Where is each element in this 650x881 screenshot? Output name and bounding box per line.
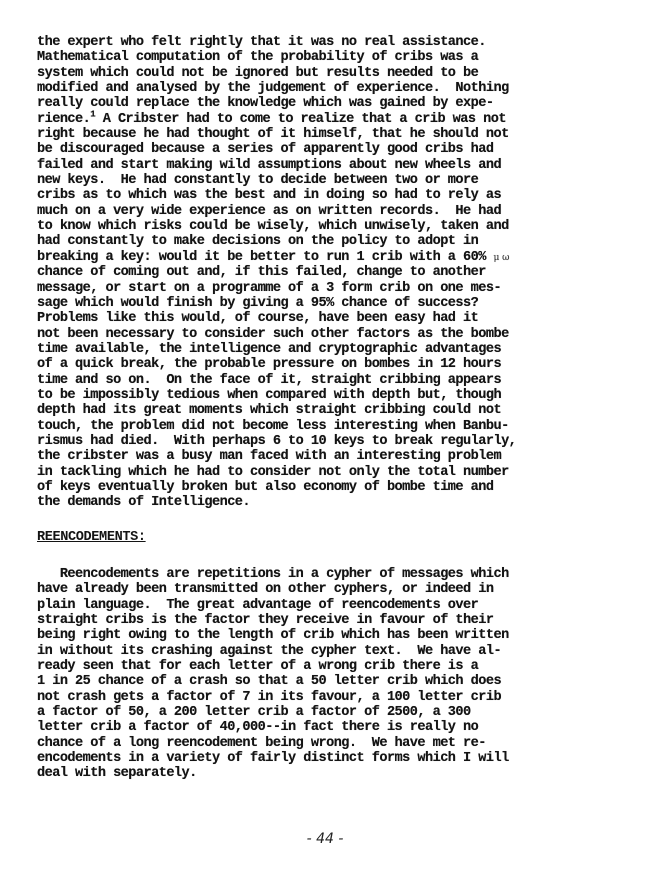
text-line: have already been transmitted on other c… — [37, 582, 647, 597]
text-line: plain language. The great advantage of r… — [37, 598, 647, 613]
text-line: rismus had died. With perhaps 6 to 10 ke… — [37, 434, 647, 449]
text-line: chance of a long reencodement being wron… — [37, 736, 647, 751]
text-line: straight cribs is the factor they receiv… — [37, 613, 647, 628]
text-line: encodements in a variety of fairly disti… — [37, 751, 647, 766]
text-line: message, or start on a programme of a 3 … — [37, 281, 647, 296]
text-line: 1 in 25 chance of a crash so that a 50 l… — [37, 674, 647, 689]
text-line: the cribster was a busy man faced with a… — [37, 449, 647, 464]
text-line: letter crib a factor of 40,000--in fact … — [37, 720, 647, 735]
text-line: sage which would finish by giving a 95% … — [37, 296, 647, 311]
text-line: Problems like this would, of course, hav… — [37, 311, 647, 326]
text-line: breaking a key: would it be better to ru… — [37, 250, 647, 265]
text-line: ready seen that for each letter of a wro… — [37, 659, 647, 674]
text-line: a factor of 50, a 200 letter crib a fact… — [37, 705, 647, 720]
text-line: deal with separately. — [37, 766, 647, 781]
text-line: to be impossibly tedious when compared w… — [37, 388, 647, 403]
text-fragment: breaking a key: would it be better to ru… — [37, 250, 486, 265]
text-line: much on a very wide experience as on wri… — [37, 204, 647, 219]
text-line: to know which risks could be wisely, whi… — [37, 219, 647, 234]
text-line: new keys. He had constantly to decide be… — [37, 173, 647, 188]
text-line: being right owing to the length of crib … — [37, 628, 647, 643]
text-line: Reencodements are repetitions in a cyphe… — [37, 567, 647, 582]
text-line: of keys eventually broken but also econo… — [37, 480, 647, 495]
text-line: system which could not be ignored but re… — [37, 66, 647, 81]
text-line: really could replace the knowledge which… — [37, 96, 647, 111]
text-line: rience.1 A Cribster had to come to reali… — [37, 112, 647, 127]
text-fragment: A Cribster had to come to realize that a… — [95, 112, 506, 127]
text-line: in without its crashing against the cyph… — [37, 644, 647, 659]
text-line: not been necessary to consider such othe… — [37, 327, 647, 342]
section-heading: REENCODEMENTS: — [37, 530, 146, 545]
text-line: depth had its great moments which straig… — [37, 403, 647, 418]
text-line: the expert who felt rightly that it was … — [37, 35, 647, 50]
text-line: of a quick break, the probable pressure … — [37, 357, 647, 372]
text-line: had constantly to make decisions on the … — [37, 234, 647, 249]
text-line: chance of coming out and, if this failed… — [37, 265, 647, 280]
text-line: the demands of Intelligence. — [37, 495, 647, 510]
text-line: not crash gets a factor of 7 in its favo… — [37, 690, 647, 705]
text-line: in tackling which he had to consider not… — [37, 465, 647, 480]
page-number: - 44 - — [0, 831, 650, 847]
text-line: Mathematical computation of the probabil… — [37, 50, 647, 65]
text-fragment: rience. — [37, 112, 90, 127]
text-line: failed and start making wild assumptions… — [37, 158, 647, 173]
text-line: be discouraged because a series of appar… — [37, 142, 647, 157]
text-line: modified and analysed by the judgement o… — [37, 81, 647, 96]
text-line: time available, the intelligence and cry… — [37, 342, 647, 357]
text-line: time and so on. On the face of it, strai… — [37, 373, 647, 388]
paragraph-1: the expert who felt rightly that it was … — [37, 35, 647, 511]
text-line: cribs as to which was the best and in do… — [37, 188, 647, 203]
paragraph-2: Reencodements are repetitions in a cyphe… — [37, 567, 647, 782]
text-line: right because he had thought of it himse… — [37, 127, 647, 142]
text-line: touch, the problem did not become less i… — [37, 419, 647, 434]
handwritten-annotation: μ ω — [493, 253, 509, 263]
